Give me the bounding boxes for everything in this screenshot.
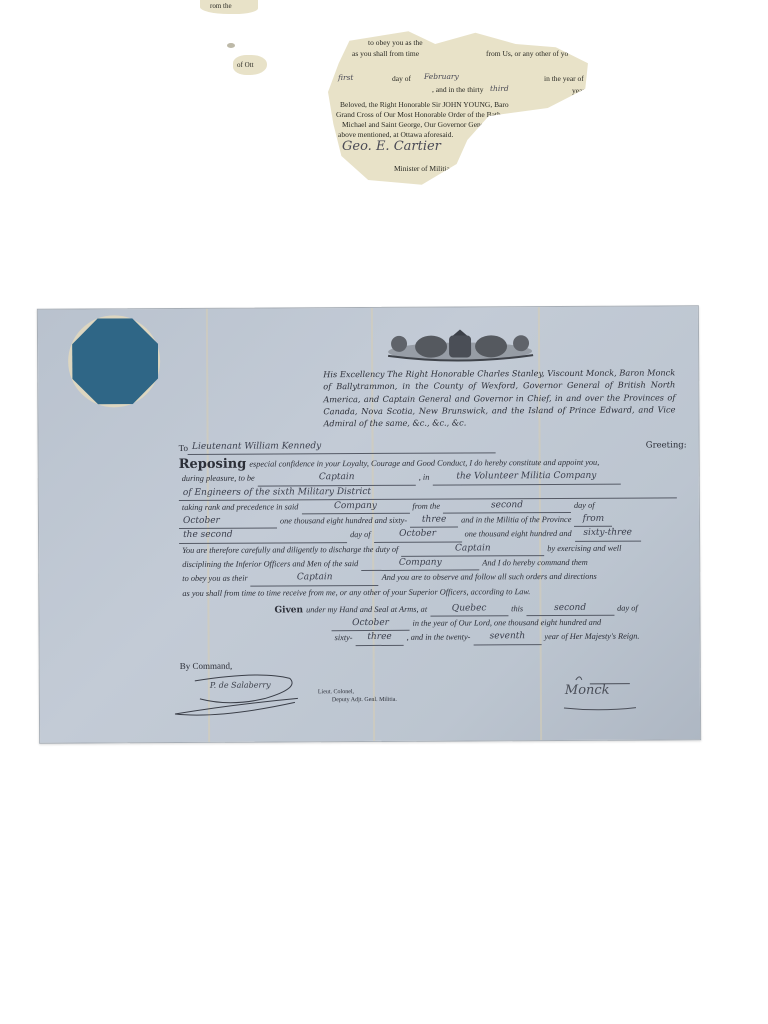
fragment-line: Grand Cross of Our Most Honorable Order …: [336, 110, 501, 120]
fragment-line: to obey you as the: [368, 38, 423, 48]
body-text: , and in the twenty-: [404, 631, 474, 646]
fragment-text: of Ott: [237, 61, 254, 69]
duty-field: Captain: [401, 541, 544, 557]
given-year-field: three: [356, 630, 404, 646]
fragment-line: in the year of: [544, 74, 584, 84]
fragment-line: , and in the thirty: [432, 85, 483, 95]
body-text: , in: [416, 471, 433, 485]
signatory-rank: Lieut. Colonel, Deputy Adjt. Genl. Milit…: [318, 688, 397, 704]
their-rank-field: Captain: [251, 570, 379, 586]
fragment-signature: Geo. E. Cartier: [342, 142, 441, 152]
from-year-field: three: [410, 513, 458, 529]
said-company-field: Company: [361, 556, 479, 572]
body-text: year of Her Majesty's Reign.: [541, 630, 642, 645]
body-text: by exercising and well: [544, 541, 624, 556]
given-day-field: second: [526, 600, 614, 616]
paper-fragment-speck: [227, 43, 235, 48]
province-from-field: from: [574, 512, 612, 527]
place-field: Quebec: [430, 601, 508, 617]
signature-left-icon: [170, 668, 305, 719]
fragment-line: day of: [392, 74, 411, 84]
given-month-field: October: [331, 616, 409, 632]
royal-coat-of-arms-icon: [383, 329, 538, 364]
body-text: to obey you as their: [179, 572, 251, 587]
company-field: Company: [301, 499, 409, 515]
body-text: and in the Militia of the Province: [458, 513, 574, 528]
from-day-field: second: [443, 498, 571, 514]
fragment-line: Michael and Saint George, Our Governor G…: [342, 120, 492, 130]
body-text: day of: [571, 499, 598, 513]
fragment-line: year o: [572, 86, 591, 96]
body-text: And you are to observe and follow all su…: [379, 570, 600, 585]
reign-year-field: seventh: [473, 629, 541, 645]
body-text: day of: [614, 601, 641, 615]
body-text: day of: [347, 528, 374, 542]
paper-fragment-small: of Ott: [233, 55, 267, 75]
fragment-line: Minister of Militia and D: [394, 164, 470, 174]
body-text: this: [508, 602, 526, 616]
body-text: from the: [409, 500, 443, 514]
recipient-field: Lieutenant William Kennedy: [188, 438, 496, 455]
given-heading: Given: [274, 603, 303, 617]
paper-fragment-small: rom the: [200, 0, 258, 14]
body-text: sixty-: [332, 631, 356, 645]
body-text: And I do hereby command them: [479, 556, 591, 571]
fragment-handwriting: third: [490, 84, 509, 94]
fragment-line: from Us, or any other of yo: [486, 49, 568, 59]
signature-right-text: Monck: [565, 683, 610, 698]
fragment-line: as you shall from time: [352, 49, 419, 59]
province-day-field: the second: [179, 528, 347, 544]
fragment-handwriting: first: [338, 73, 353, 83]
to-label: To: [179, 441, 188, 455]
commission-body: To Lieutenant William Kennedy Greeting: …: [179, 438, 688, 646]
signature-left-text: P. de Salaberry: [210, 681, 271, 690]
governor-title-block: His Excellency The Right Honorable Charl…: [323, 366, 675, 429]
reposing-heading: Reposing: [179, 458, 247, 473]
province-year-field: sixty-three: [575, 526, 641, 542]
commission-document: His Excellency The Right Honorable Charl…: [37, 305, 701, 743]
paper-fragment-main: to obey you as the as you shall from tim…: [328, 28, 596, 188]
fragment-text: rom the: [210, 2, 232, 10]
rank-line: Deputy Adjt. Genl. Militia.: [318, 696, 397, 704]
greeting-label: Greeting:: [646, 438, 687, 453]
fragment-handwriting: February: [424, 72, 459, 82]
fragment-line: Beloved, the Right Honorable Sir JOHN YO…: [340, 100, 509, 110]
